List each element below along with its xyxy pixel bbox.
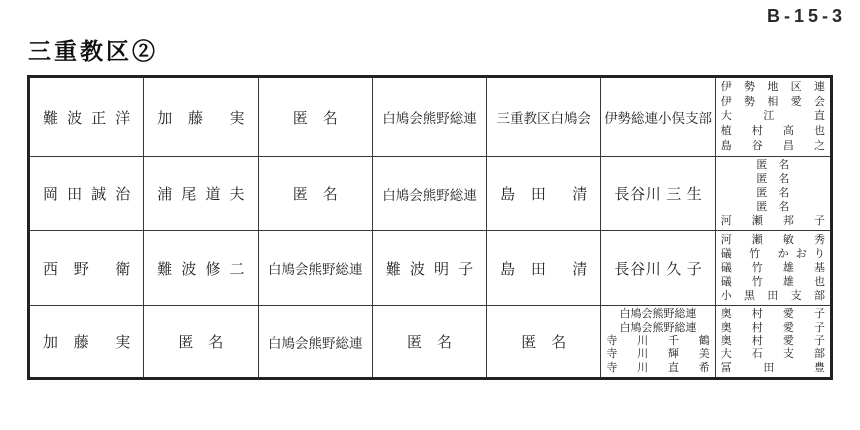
- table-cell: 加 藤 実: [30, 306, 144, 377]
- cell-line: 匿 名: [716, 159, 830, 172]
- cell-line: 礒 竹 かおり: [716, 248, 830, 261]
- cell-line: 島 谷 昌 之: [716, 140, 830, 153]
- cell-text: 島 田 清: [487, 258, 600, 279]
- cell-line: 寺 川 直 希: [601, 362, 714, 375]
- table-cell: 島 田 清: [487, 157, 601, 231]
- cell-text: 浦 尾 道 夫: [144, 183, 257, 204]
- table-cell: 難 波 正 洋: [30, 78, 144, 157]
- table-cell: 三重教区白鳩会: [487, 78, 601, 157]
- cell-text: 匿 名: [487, 331, 600, 352]
- cell-line: 大 石 支 部: [716, 348, 830, 361]
- table-cell: 加 藤 実: [144, 78, 258, 157]
- table-cell: 匿 名: [259, 157, 373, 231]
- cell-line: 河 瀬 邦 子: [716, 215, 830, 228]
- cell-text: 三重教区白鳩会: [487, 107, 600, 127]
- table-cell: 白鳩会熊野総連: [373, 157, 487, 231]
- table-cell: 匿 名: [487, 306, 601, 377]
- table-cell: 長谷川 三 生: [601, 157, 715, 231]
- cell-line: 匿 名: [716, 173, 830, 186]
- cell-text: 白鳩会熊野総連: [259, 258, 372, 278]
- cell-text: 伊勢総連小俣支部: [601, 107, 714, 127]
- cell-text: 匿 名: [259, 183, 372, 204]
- doc-code: B-15-3: [767, 6, 846, 27]
- table-cell: 匿 名 匿 名 匿 名 匿 名 河 瀬 邦 子: [716, 157, 830, 231]
- cell-text: 匿 名: [373, 331, 486, 352]
- cell-text: 難 波 正 洋: [30, 107, 143, 128]
- cell-line: 寺 川 輝 美: [601, 348, 714, 361]
- roster-table: 難 波 正 洋 加 藤 実 匿 名 白鳩会熊野総連 三重教区白鳩会 伊勢総連小俣…: [27, 75, 833, 380]
- table-cell: 河 瀬 敏 秀 礒 竹 かおり 礒 竹 雄 基 礒 竹 雄 也 小 黒 田 支 …: [716, 231, 830, 306]
- cell-text: 匿 名: [144, 331, 257, 352]
- table-cell: 匿 名: [144, 306, 258, 377]
- cell-line: 大 江 直: [716, 110, 830, 123]
- cell-text: 白鳩会熊野総連: [259, 332, 372, 352]
- cell-line: 伊 勢 相 愛 会: [716, 96, 830, 109]
- cell-text: 長谷川 久 子: [601, 258, 714, 279]
- table-cell: 島 田 清: [487, 231, 601, 306]
- table-cell: 岡 田 誠 治: [30, 157, 144, 231]
- cell-text: 加 藤 実: [144, 107, 257, 128]
- cell-text: 匿 名: [259, 107, 372, 128]
- table-cell: 伊勢総連小俣支部: [601, 78, 715, 157]
- cell-text: 島 田 清: [487, 183, 600, 204]
- cell-line: 河 瀬 敏 秀: [716, 234, 830, 247]
- cell-line: 冨 田 豊: [716, 362, 830, 375]
- cell-text: 白鳩会熊野総連: [373, 107, 486, 127]
- cell-text: 難 波 明 子: [373, 258, 486, 279]
- cell-line: 白鳩会熊野総連: [601, 308, 714, 321]
- page-title: 三重教区②: [28, 33, 158, 66]
- cell-line: 匿 名: [716, 201, 830, 214]
- table-cell: 匿 名: [373, 306, 487, 377]
- table-cell: 伊 勢 地 区 連 伊 勢 相 愛 会 大 江 直 植 村 高 也 島 谷 昌 …: [716, 78, 830, 157]
- cell-text: 白鳩会熊野総連: [373, 184, 486, 204]
- table-cell: 長谷川 久 子: [601, 231, 715, 306]
- table-cell: 西 野 衛: [30, 231, 144, 306]
- table-cell: 白鳩会熊野総連: [259, 231, 373, 306]
- table-cell: 難 波 修 二: [144, 231, 258, 306]
- table-cell: 浦 尾 道 夫: [144, 157, 258, 231]
- cell-line: 伊 勢 地 区 連: [716, 81, 830, 94]
- cell-line: 小 黒 田 支 部: [716, 290, 830, 303]
- document-page: B-15-3 三重教区② 難 波 正 洋 加 藤 実 匿 名 白鳩会熊野総連 三…: [0, 0, 860, 430]
- cell-text: 岡 田 誠 治: [30, 183, 143, 204]
- cell-text: 長谷川 三 生: [601, 183, 714, 204]
- cell-line: 匿 名: [716, 187, 830, 200]
- cell-line: 植 村 高 也: [716, 125, 830, 138]
- cell-text: 加 藤 実: [30, 331, 143, 352]
- table-cell: 難 波 明 子: [373, 231, 487, 306]
- cell-line: 礒 竹 雄 也: [716, 276, 830, 289]
- cell-line: 奥 村 愛 子: [716, 308, 830, 321]
- table-cell: 匿 名: [259, 78, 373, 157]
- table-cell: 白鳩会熊野総連: [259, 306, 373, 377]
- cell-line: 奥 村 愛 子: [716, 322, 830, 335]
- table-cell: 白鳩会熊野総連 白鳩会熊野総連 寺 川 千 鶴 寺 川 輝 美 寺 川 直 希: [601, 306, 715, 377]
- cell-line: 白鳩会熊野総連: [601, 322, 714, 335]
- table-cell: 白鳩会熊野総連: [373, 78, 487, 157]
- table-cell: 奥 村 愛 子 奥 村 愛 子 奥 村 愛 子 大 石 支 部 冨 田 豊: [716, 306, 830, 377]
- cell-text: 西 野 衛: [30, 258, 143, 279]
- cell-line: 礒 竹 雄 基: [716, 262, 830, 275]
- cell-line: 奥 村 愛 子: [716, 335, 830, 348]
- cell-line: 寺 川 千 鶴: [601, 335, 714, 348]
- cell-text: 難 波 修 二: [144, 258, 257, 279]
